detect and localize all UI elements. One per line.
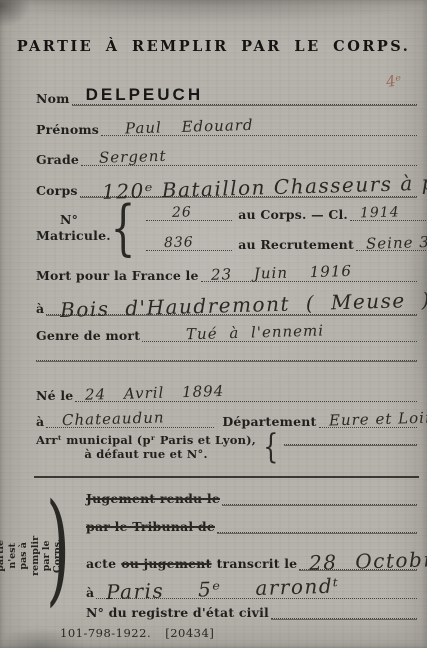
lieu-deces-value: Bois d'Haudremont ( Meuse ) <box>46 288 427 323</box>
footer-imprint: 101-798-1922. [20434] <box>60 626 214 640</box>
departement-line: Eure et Loire <box>319 408 418 428</box>
tribunal-label: par le Tribunal de <box>86 519 215 534</box>
death-record-form: PARTIE À REMPLIR PAR LE CORPS. 4ᵉ Nom DE… <box>0 0 427 648</box>
field-row-jugement: Jugement rendu le <box>86 491 417 506</box>
lieu-naissance-value: Chateaudun <box>46 408 165 429</box>
registre-line <box>271 618 417 619</box>
field-row-grade: Grade Sergent <box>36 146 417 167</box>
jugement-line <box>222 504 417 505</box>
lieu-transcription-value: Paris 5ᵉ arrondᵗ <box>96 574 340 605</box>
footer-bracket-number: [20434] <box>165 626 214 640</box>
footer-imprint-code: 101-798-1922. <box>60 626 151 640</box>
matricule-label-line1: N° <box>60 212 78 227</box>
field-row-tribunal: par le Tribunal de <box>86 519 417 534</box>
field-row-transcription: acte ou jugement transcrit le 28 Octobre… <box>86 545 417 571</box>
nom-label: Nom <box>36 91 70 106</box>
lieu-transcription-label: à <box>86 585 94 600</box>
matricule-lines: 26 au Corps. — Cl. 1914 836 au Recruteme… <box>144 201 427 255</box>
field-block-matricule: N° Matricule. { 26 au Corps. — Cl. 1914 … <box>36 201 417 255</box>
field-row-lieu-transcription: à Paris 5ᵉ arrondᵗ <box>86 574 417 600</box>
field-row-prenoms: Prénoms Paul Edouard <box>36 116 417 137</box>
corps-label: Corps <box>36 183 78 198</box>
matricule-label: N° Matricule. <box>36 212 102 243</box>
genre-mort-line: Tué à l'ennemi <box>142 322 417 342</box>
matricule-recrutement-line: 836 <box>146 231 232 251</box>
field-row-ne-le: Né le 24 Avril 1894 <box>36 382 417 403</box>
field-row-mort: Mort pour la France le 23 Juin 1916 <box>36 262 417 283</box>
lieu-transcription-line: Paris 5ᵉ arrondᵗ <box>96 574 417 599</box>
sidebar-brace: ) <box>46 486 70 613</box>
ne-le-line: 24 Avril 1894 <box>75 382 417 402</box>
field-row-genre-mort: Genre de mort Tué à l'ennemi <box>36 322 417 343</box>
grade-value: Sergent <box>81 147 167 167</box>
nom-value: DELPEUCH <box>72 85 204 105</box>
field-row-registre: N° du registre d'état civil <box>86 605 417 620</box>
field-row-arrondissement: Arrᵗ municipal (pʳ Paris et Lyon), à déf… <box>36 434 417 461</box>
matricule-corps-value: 26 <box>146 204 192 221</box>
prenoms-line: Paul Edouard <box>101 116 417 136</box>
nom-line: DELPEUCH <box>72 84 417 105</box>
blank-line <box>36 346 417 361</box>
classe-line: 1914 <box>350 201 427 221</box>
ne-le-label: Né le <box>36 388 73 403</box>
transcription-label-struck: ou jugement <box>121 556 211 571</box>
lieu-naissance-line: Chateaudun <box>46 408 214 428</box>
arrondissement-line <box>284 444 417 445</box>
transcription-label-part2: transcrit le <box>217 556 298 571</box>
departement-value: Eure et Loire <box>318 408 427 429</box>
classe-value: 1914 <box>350 204 400 221</box>
matricule-line-recrutement: 836 au Recrutement Seine 3ᵉ Bureau <box>144 231 427 252</box>
mort-line: 23 Juin 1916 <box>201 262 417 282</box>
transcription-label-part1: acte <box>86 556 116 571</box>
genre-mort-value: Tué à l'ennemi <box>142 321 324 344</box>
mort-label: Mort pour la France le <box>36 268 199 283</box>
matricule-corps-line: 26 <box>146 201 232 221</box>
matricule-label-line2: Matricule. <box>36 228 111 243</box>
lieu-deces-line: Bois d'Haudremont ( Meuse ) <box>46 290 417 315</box>
au-corps-label: au Corps. — Cl. <box>238 207 348 222</box>
prenoms-label: Prénoms <box>36 122 99 137</box>
genre-mort-label: Genre de mort <box>36 328 140 343</box>
arrondissement-label: Arrᵗ municipal (pʳ Paris et Lyon), à déf… <box>36 434 256 460</box>
section-divider <box>34 476 419 478</box>
prenoms-value: Paul Edouard <box>101 116 254 138</box>
grade-label: Grade <box>36 152 79 167</box>
ne-le-value: 24 Avril 1894 <box>75 382 225 404</box>
arrondissement-label-line2: à défaut rue et N°. <box>36 448 256 461</box>
matricule-recrutement-value: 836 <box>146 234 194 251</box>
bureau-value: Seine 3ᵉ Bureau <box>356 231 427 253</box>
sidebar-note: Cette partie n'est pas à remplir par le … <box>4 497 44 615</box>
lieu-naissance-label: à <box>36 414 44 429</box>
matricule-line-corps: 26 au Corps. — Cl. 1914 <box>144 201 427 222</box>
arrondissement-brace: { <box>263 434 278 461</box>
bureau-line: Seine 3ᵉ Bureau <box>356 231 427 251</box>
tribunal-line <box>217 532 417 533</box>
transcription-value: 28 Octobre 1916 <box>299 545 427 575</box>
field-row-nom: Nom DELPEUCH <box>36 84 417 106</box>
lieu-deces-label: à <box>36 301 44 316</box>
field-row-corps: Corps 120ᵉ Bataillon Chasseurs à pied <box>36 172 417 198</box>
mort-value: 23 Juin 1916 <box>200 262 351 284</box>
field-row-naissance: à Chateaudun Département Eure et Loire <box>36 408 417 429</box>
transcription-line: 28 Octobre 1916 <box>299 545 417 570</box>
au-recrutement-label: au Recrutement <box>238 237 354 252</box>
field-row-lieu-deces: à Bois d'Haudremont ( Meuse ) <box>36 290 417 316</box>
jugement-label: Jugement rendu le <box>86 491 220 506</box>
matricule-brace: { <box>111 201 136 255</box>
arrondissement-label-line1: Arrᵗ municipal (pʳ Paris et Lyon), <box>36 433 256 447</box>
registre-label: N° du registre d'état civil <box>86 605 269 620</box>
grade-line: Sergent <box>81 146 417 166</box>
form-title: PARTIE À REMPLIR PAR LE CORPS. <box>0 38 427 55</box>
